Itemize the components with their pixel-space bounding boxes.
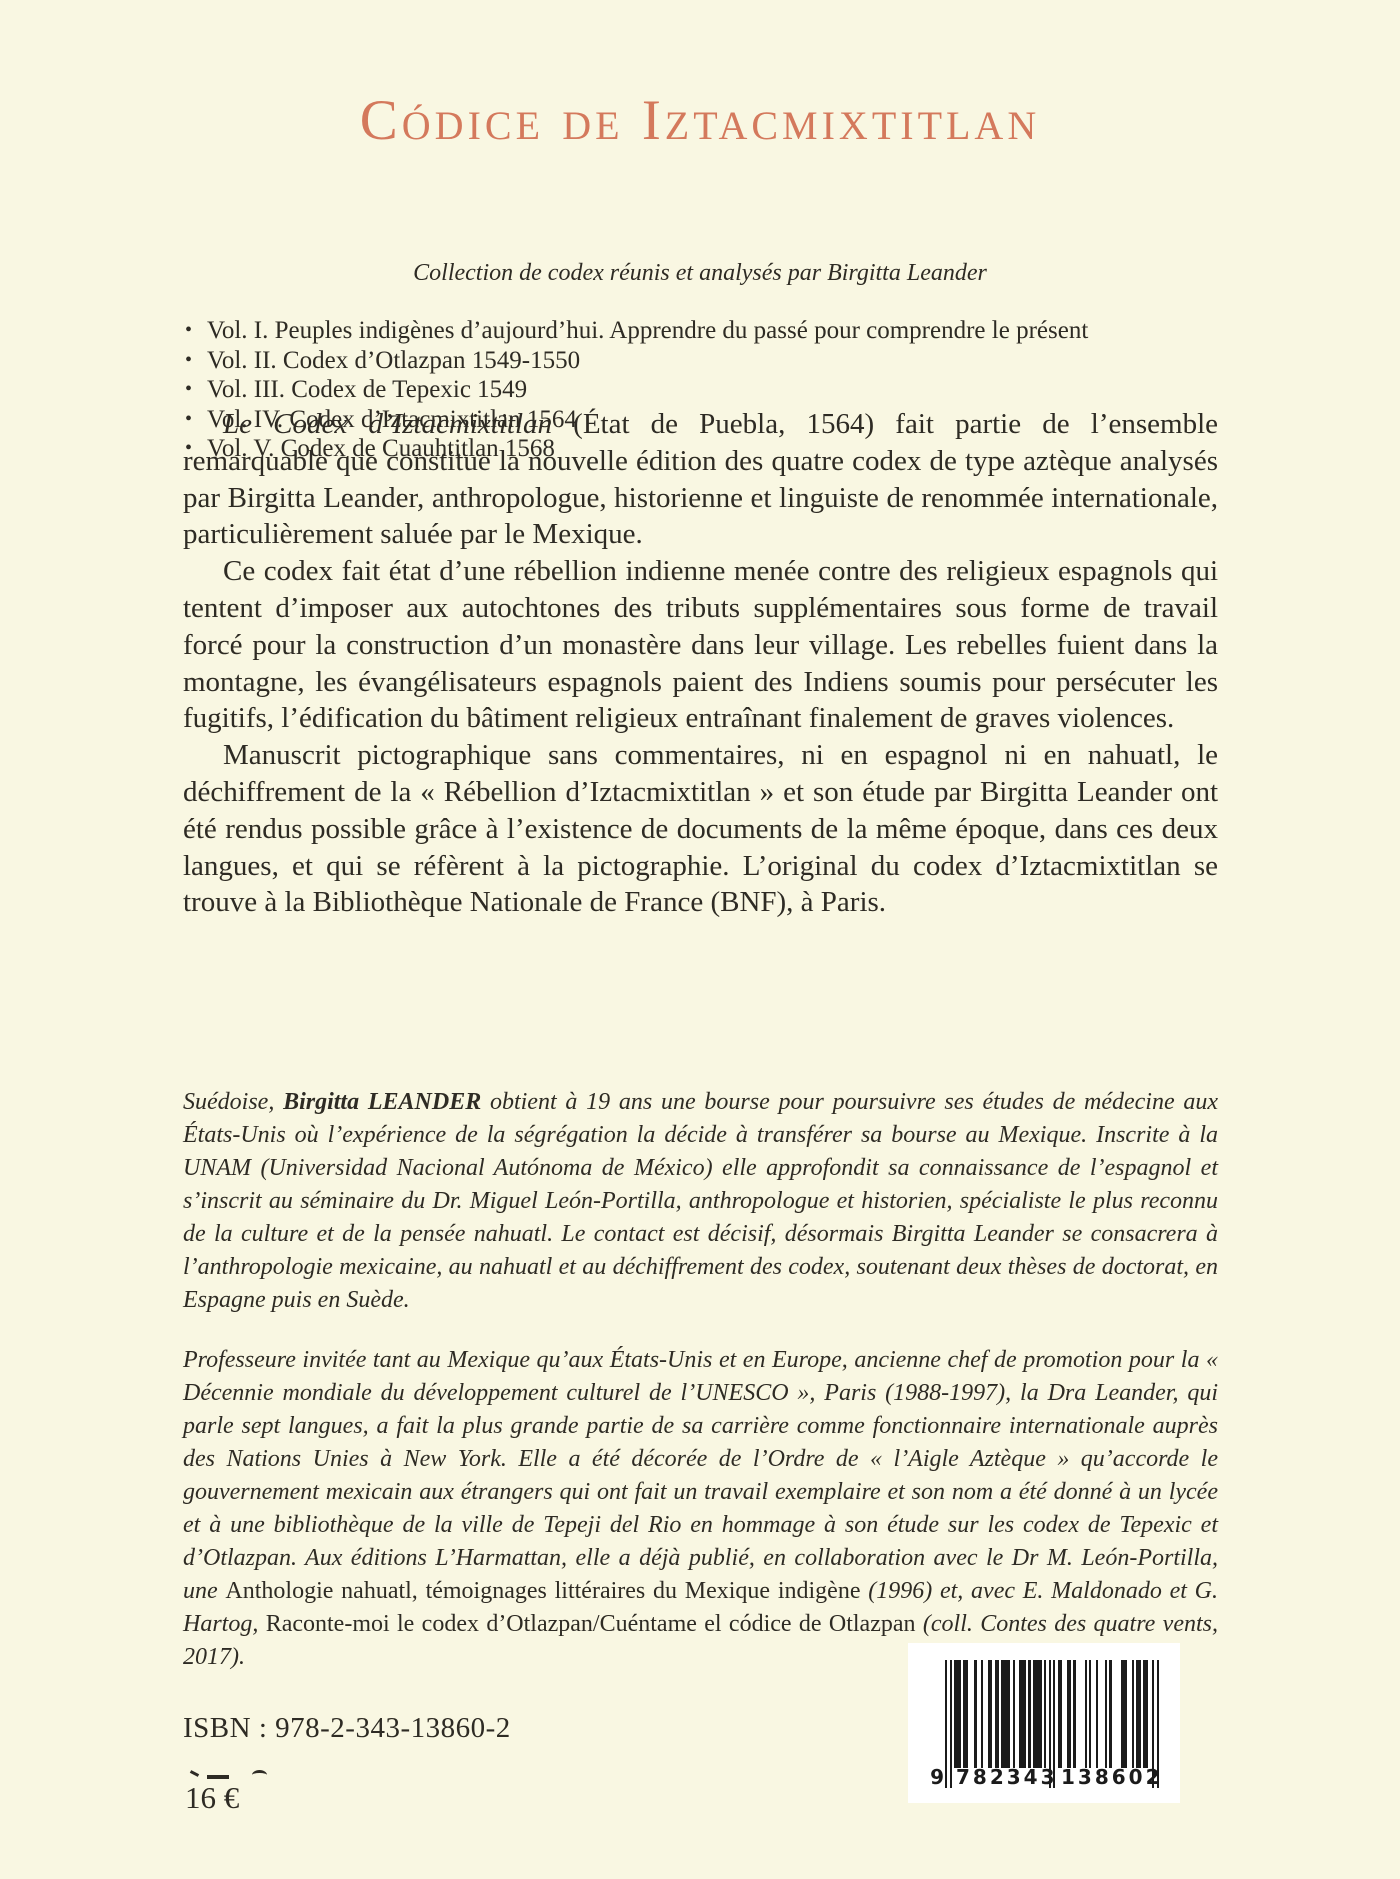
- text-segment: Professeure invitée tant au Mexique qu’a…: [183, 1347, 1218, 1604]
- book-back-cover: Códice de Iztacmixtitlan Collection de c…: [0, 0, 1400, 1879]
- print-artifact: [252, 1770, 267, 1780]
- print-artifact: [190, 1770, 199, 1777]
- text-segment: Ce codex fait état d’une rébellion indie…: [183, 555, 1218, 734]
- barcode-digit-group: 9: [916, 1765, 944, 1789]
- author-bio-block: Suédoise, Birgitta LEANDER obtient à 19 …: [183, 1086, 1218, 1674]
- text-segment: Manuscrit pictographique sans commentair…: [183, 739, 1218, 918]
- synopsis-paragraph: Ce codex fait état d’une rébellion indie…: [183, 553, 1218, 737]
- bio-paragraph: Professeure invitée tant au Mexique qu’a…: [183, 1344, 1218, 1674]
- barcode-digit-group: 138602: [1061, 1765, 1149, 1789]
- bio-paragraph: Suédoise, Birgitta LEANDER obtient à 19 …: [183, 1086, 1218, 1317]
- isbn-label: ISBN : 978-2-343-13860-2: [183, 1712, 511, 1745]
- text-segment: Suédoise,: [183, 1089, 283, 1115]
- print-artifact: [207, 1775, 229, 1779]
- volume-item: Vol. III. Codex de Tepexic 1549: [183, 375, 1218, 405]
- barcode-digit-group: 782343: [956, 1765, 1044, 1789]
- synopsis-paragraph: Le Codex d’Iztacmixtitlan (État de Puebl…: [183, 406, 1218, 553]
- ean13-barcode: 9 782343 138602: [908, 1643, 1180, 1803]
- text-segment: obtient à 19 ans une bourse pour poursui…: [183, 1089, 1218, 1313]
- text-segment: Le Codex d’Iztacmixtitlan: [223, 408, 552, 440]
- synopsis-block: Le Codex d’Iztacmixtitlan (État de Puebl…: [183, 406, 1218, 921]
- volume-item: Vol. II. Codex d’Otlazpan 1549-1550: [183, 346, 1218, 376]
- collection-line: Collection de codex réunis et analysés p…: [0, 260, 1400, 287]
- price-label: 16 €: [185, 1780, 239, 1816]
- text-segment: Birgitta LEANDER: [283, 1089, 481, 1115]
- text-segment: Raconte-moi le codex d’Otlazpan/Cuéntame…: [266, 1611, 923, 1637]
- synopsis-paragraph: Manuscrit pictographique sans commentair…: [183, 737, 1218, 921]
- text-segment: Anthologie nahuatl, témoignages littérai…: [225, 1578, 860, 1604]
- book-title: Códice de Iztacmixtitlan: [0, 88, 1400, 153]
- volume-item: Vol. I. Peuples indigènes d’aujourd’hui.…: [183, 316, 1218, 346]
